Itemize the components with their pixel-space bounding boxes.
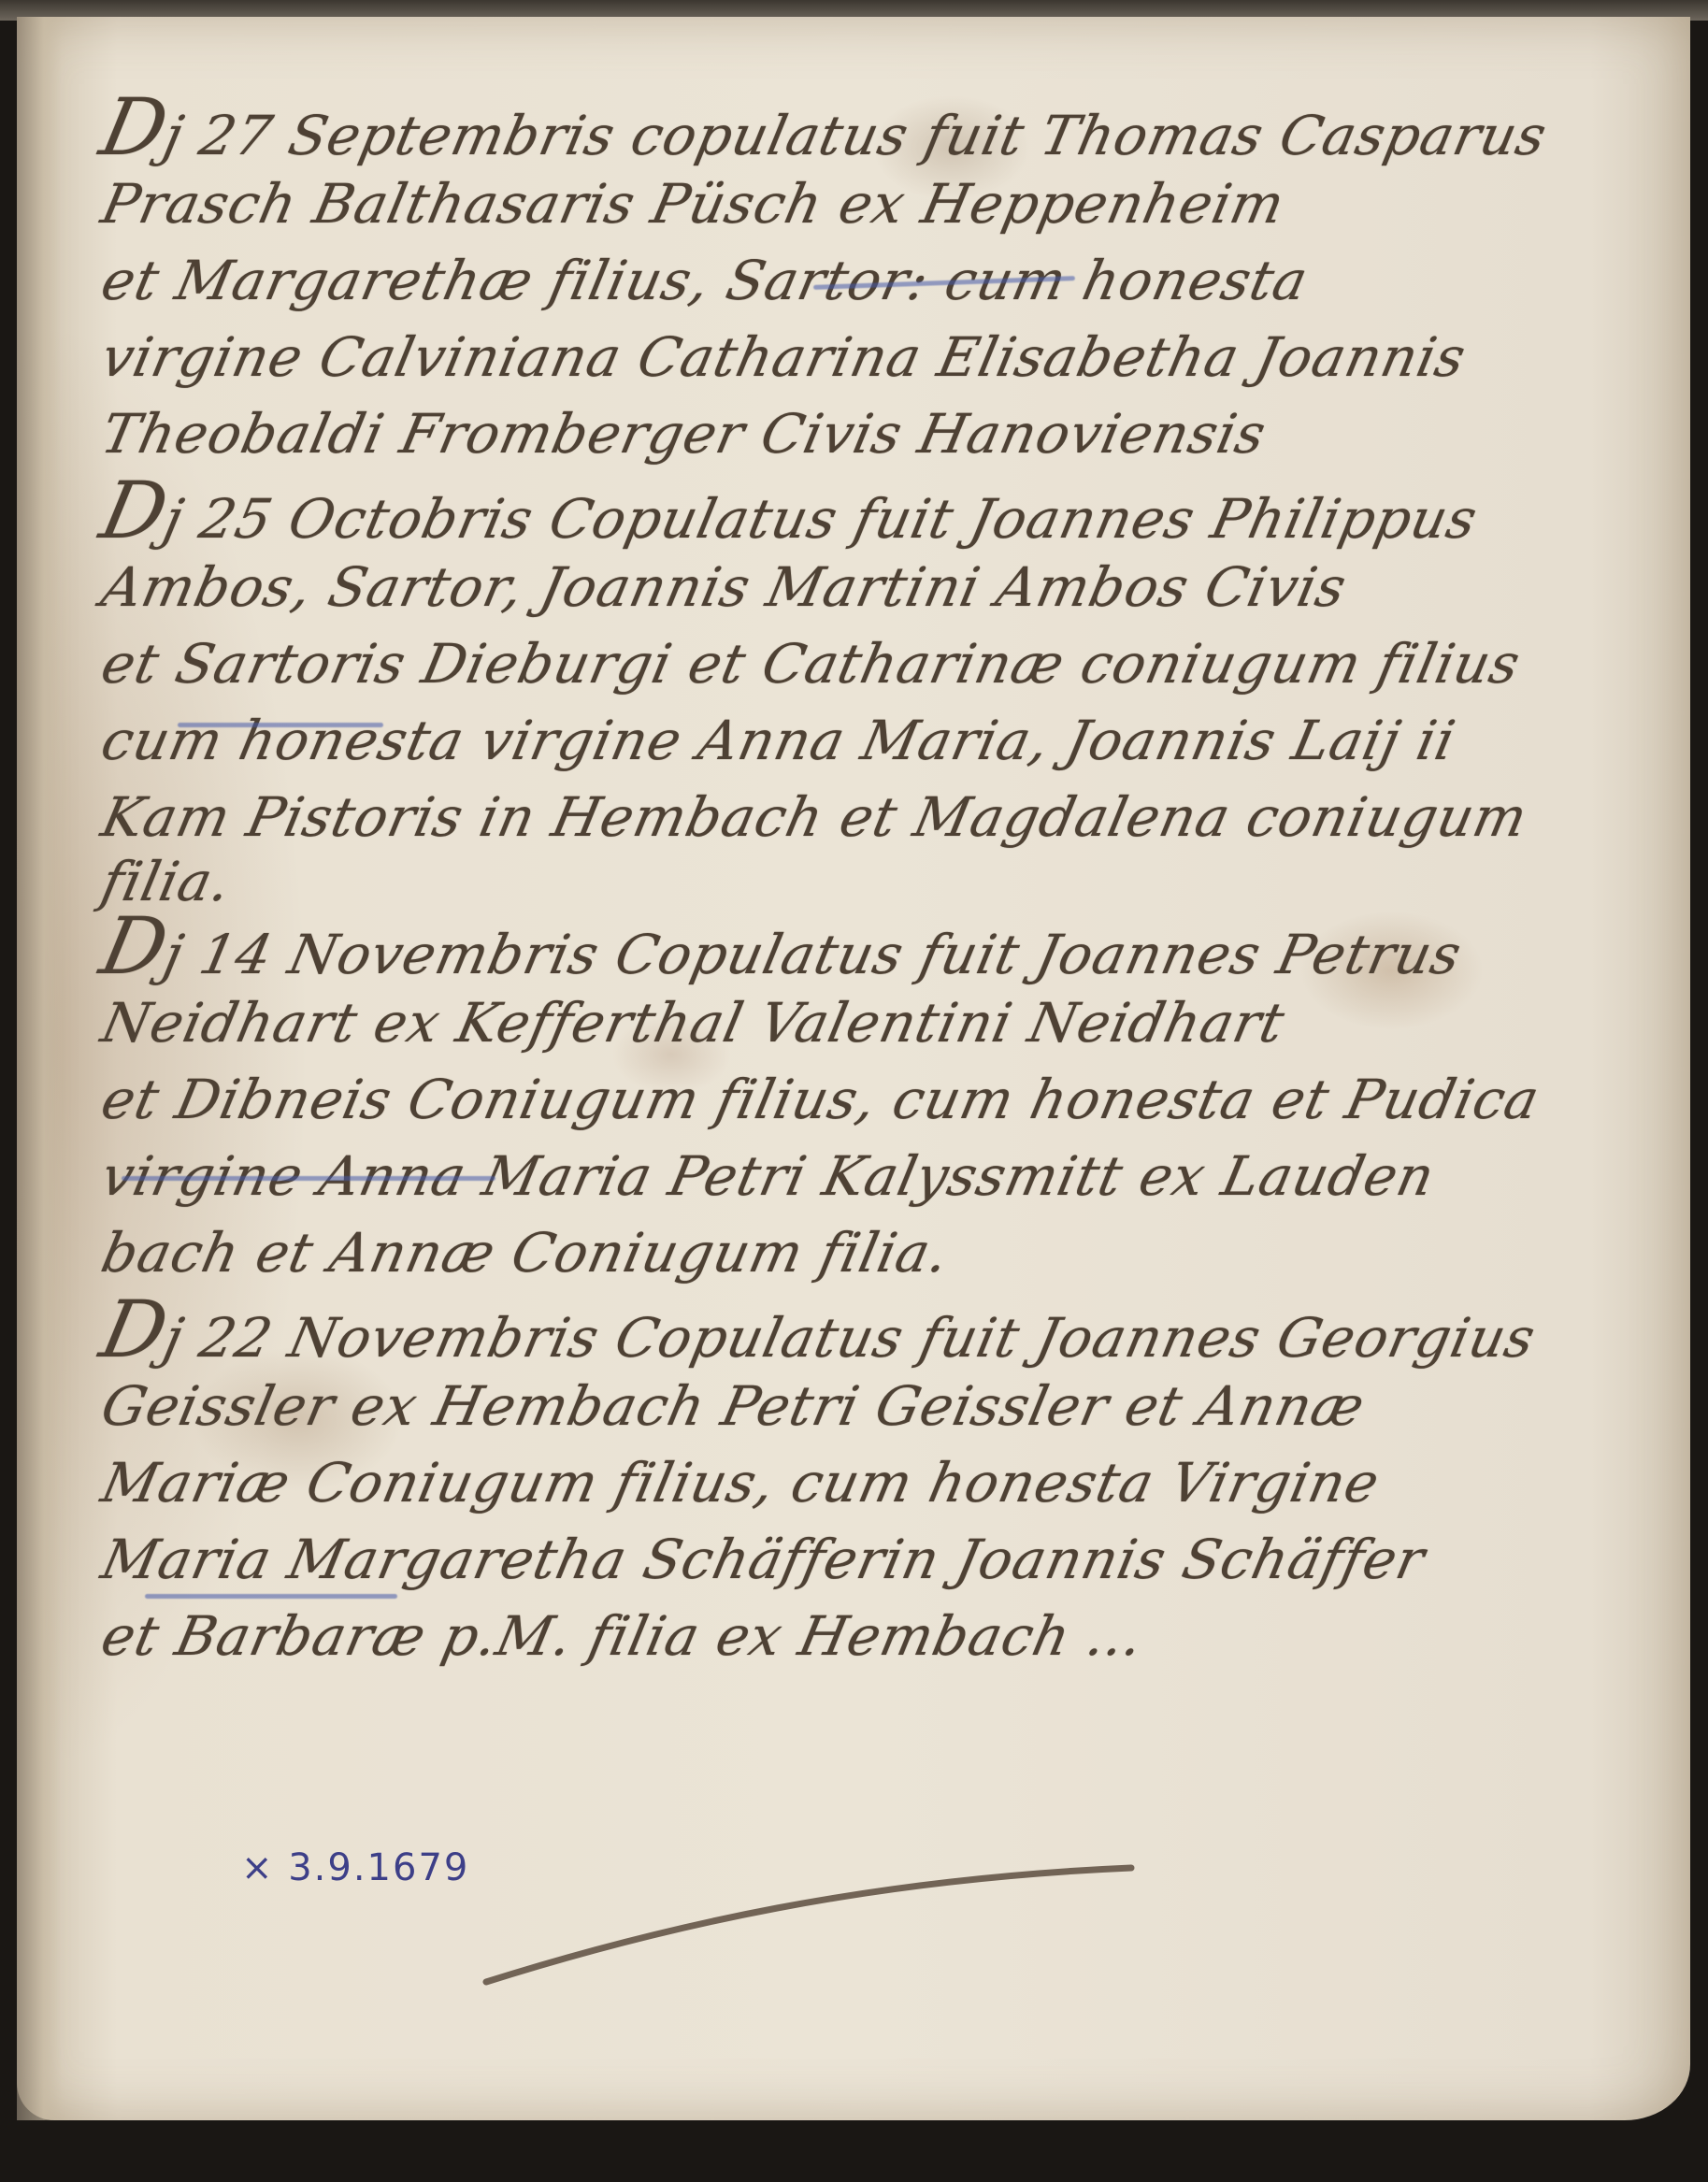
blue-underline-neidhart: [122, 1176, 495, 1181]
entry-4-line-2: Geissler ex Hembach Petri Geissler et An…: [94, 1368, 1653, 1444]
scanned-page-image: Dj 27 Septembris copulatus fuit Thomas C…: [0, 0, 1708, 2182]
entry-1-line-4: virgine Calviniana Catharina Elisabetha …: [94, 319, 1653, 395]
entry-2-line-3: et Sartoris Dieburgi et Catharinæ coniug…: [94, 625, 1653, 702]
entry-1-line-5: Theobaldi Fromberger Civis Hanoviensis: [94, 395, 1653, 472]
entry-1-line-3: et Margarethæ filius, Sartor: cum honest…: [94, 242, 1653, 319]
entry-2-line-6: filia.: [97, 855, 1651, 908]
page-gutter: [17, 17, 62, 2120]
blue-underline-geissler: [145, 1594, 397, 1599]
entry-3-line-2: Neidhart ex Kefferthal Valentini Neidhar…: [94, 984, 1653, 1061]
entry-3-line-5: bach et Annæ Coniugum filia.: [94, 1214, 1653, 1291]
entry-2-line-1: Dj 25 Octobris Copulatus fuit Joannes Ph…: [94, 472, 1653, 549]
entry-2-line-4: cum honesta virgine Anna Maria, Joannis …: [94, 702, 1653, 779]
blue-underline-ambos: [178, 723, 383, 727]
entry-1-line-2: Prasch Balthasaris Püsch ex Heppenheim: [94, 165, 1653, 242]
entry-2-line-2: Ambos, Sartor, Joannis Martini Ambos Civ…: [94, 549, 1653, 625]
date-annotation-stamp: × 3.9.1679: [241, 1846, 469, 1889]
closing-flourish-stroke: [477, 1842, 1150, 1991]
entry-4-line-1: Dj 22 Novembris Copulatus fuit Joannes G…: [94, 1291, 1653, 1368]
handwritten-text-block: Dj 27 Septembris copulatus fuit Thomas C…: [103, 89, 1645, 1674]
entry-2-line-5: Kam Pistoris in Hembach et Magdalena con…: [94, 779, 1653, 855]
entry-4-line-5: et Barbaræ p.M. filia ex Hembach ...: [94, 1598, 1653, 1674]
entry-3-line-1: Dj 14 Novembris Copulatus fuit Joannes P…: [94, 908, 1653, 984]
entry-4-line-4: Maria Margaretha Schäfferin Joannis Schä…: [94, 1521, 1653, 1598]
entry-1-line-1: Dj 27 Septembris copulatus fuit Thomas C…: [94, 89, 1653, 165]
entry-3-line-3: et Dibneis Coniugum filius, cum honesta …: [94, 1061, 1653, 1138]
entry-4-line-3: Mariæ Coniugum filius, cum honesta Virgi…: [94, 1444, 1653, 1521]
